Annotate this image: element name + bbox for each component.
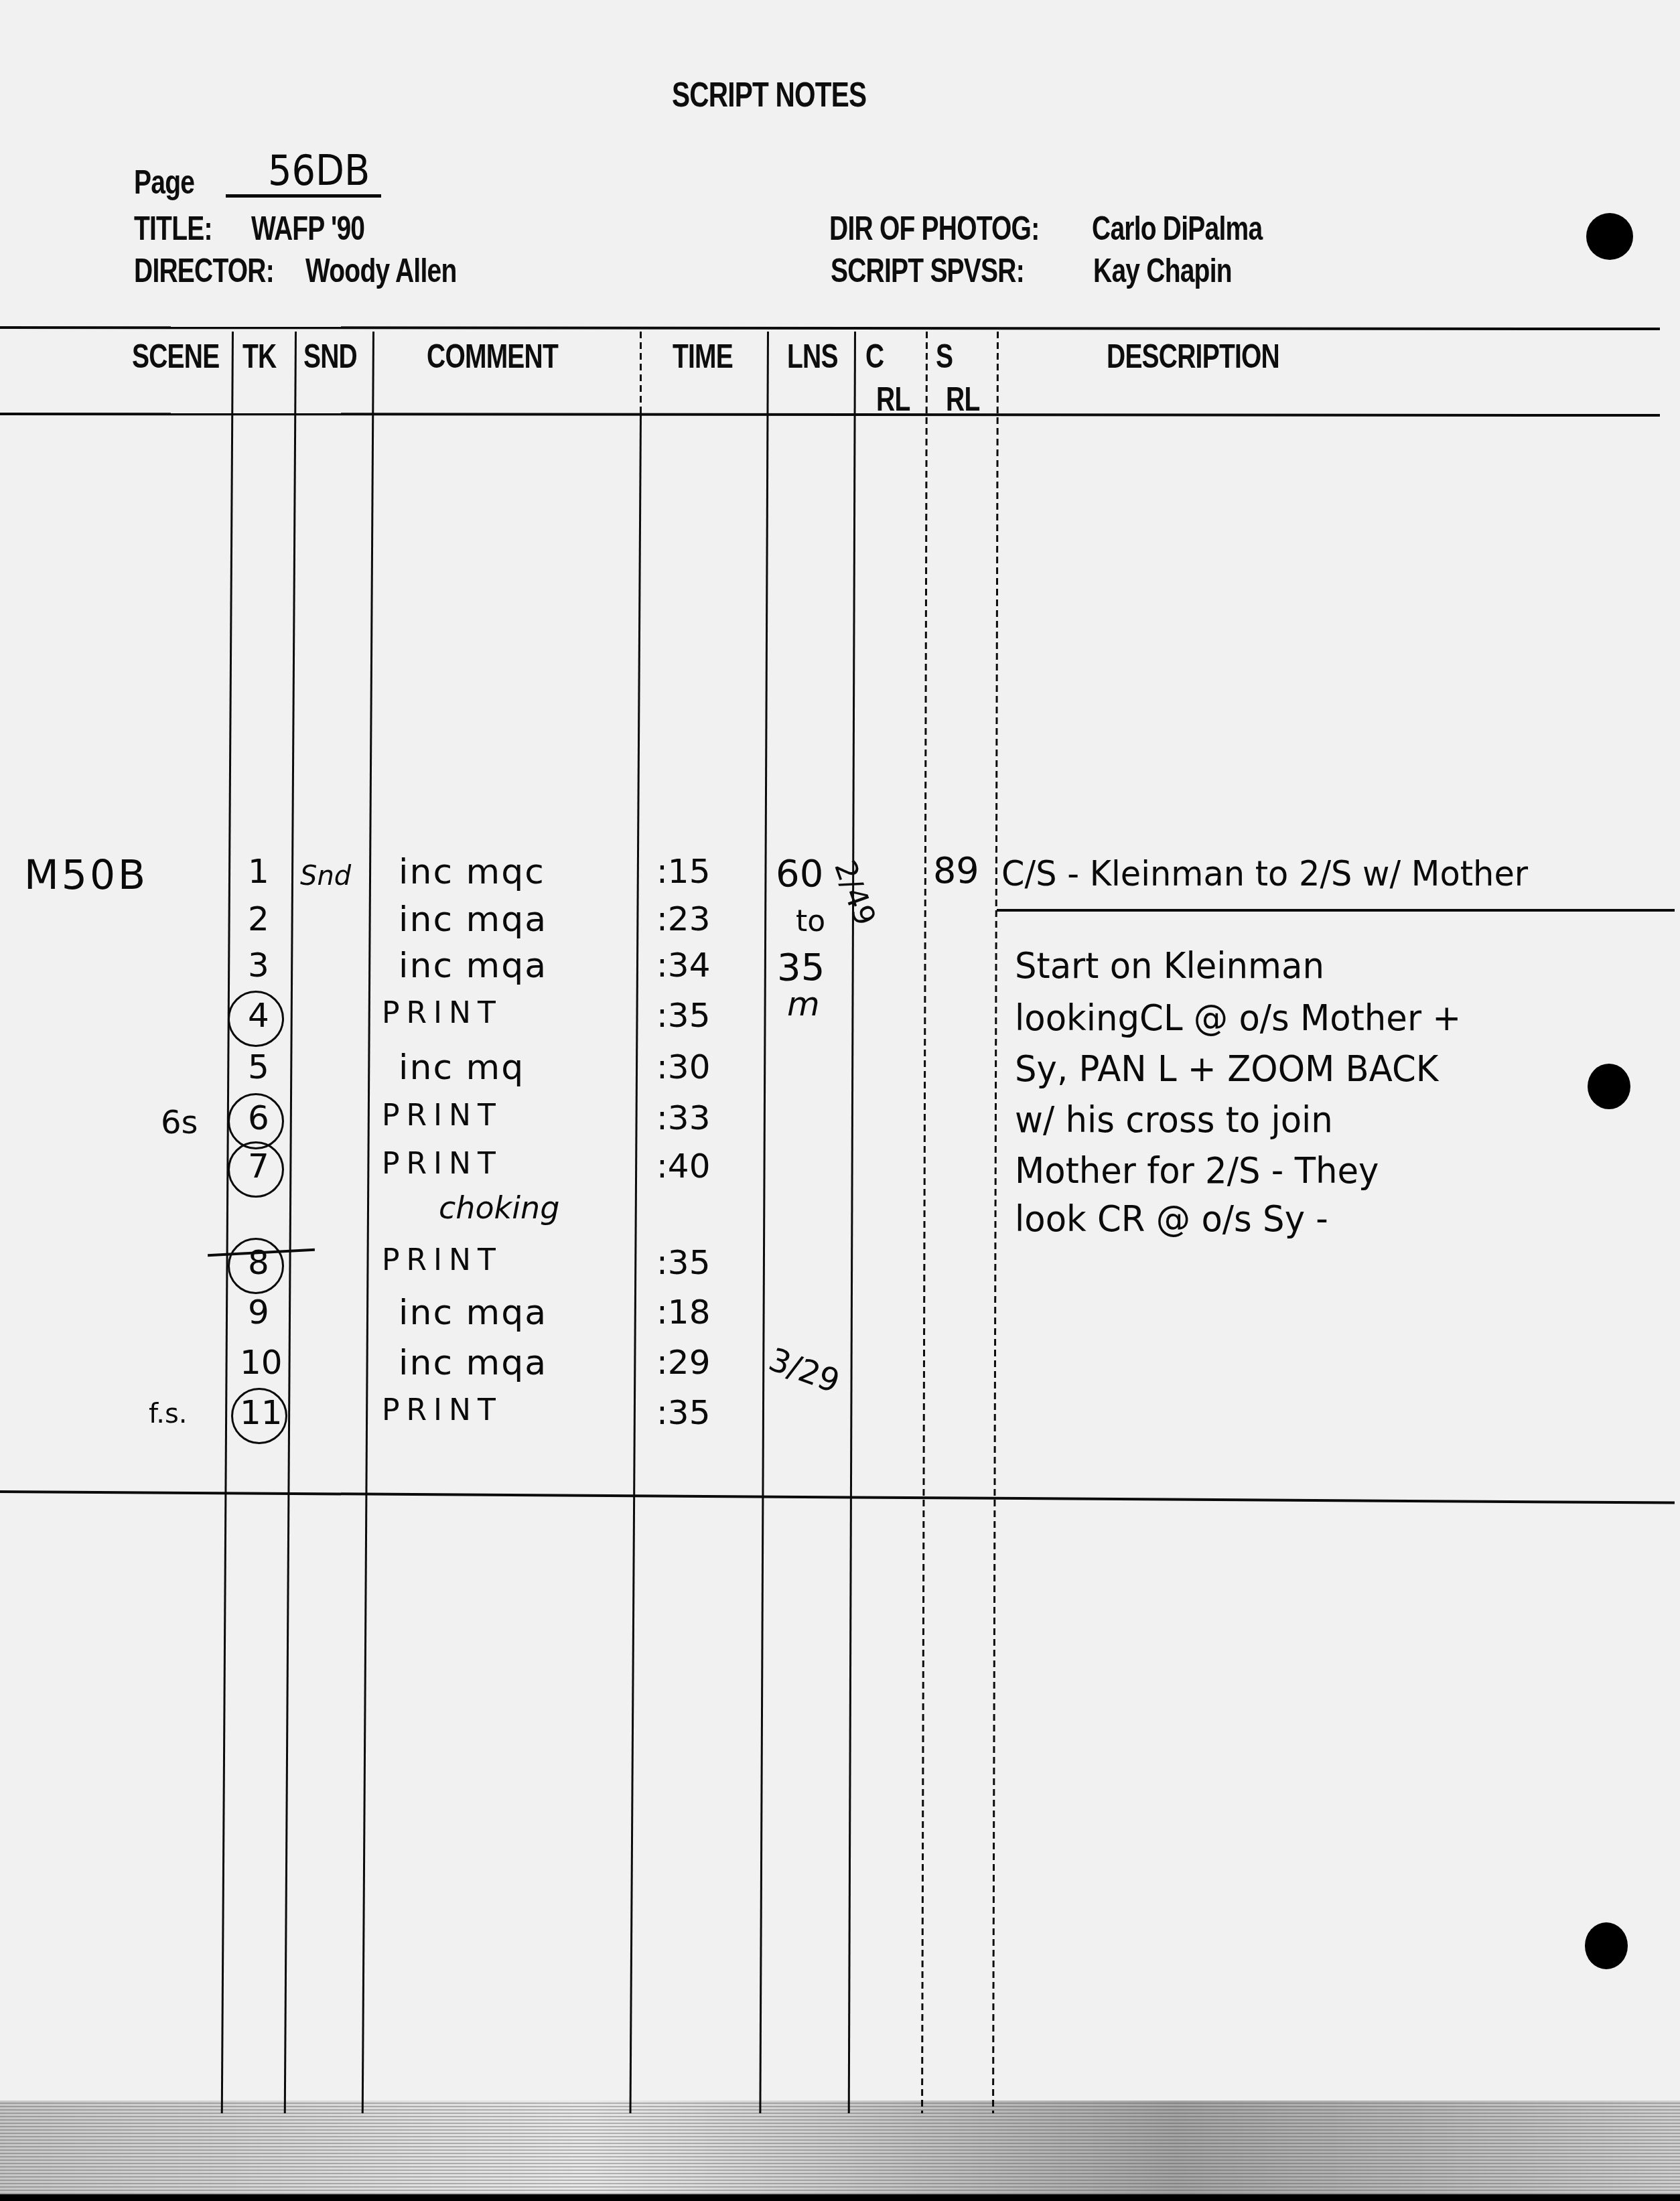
- col-header-scene: SCENE: [132, 337, 219, 376]
- col-divider-snd-comment: [362, 332, 374, 2113]
- col-divider-scene-tk: [221, 332, 234, 2113]
- supervisor-label: SCRIPT SPVSR:: [831, 251, 1024, 290]
- supervisor-value: Kay Chapin: [1093, 251, 1232, 290]
- col-divider-s-description: [992, 332, 999, 2113]
- col-divider-tk-snd: [284, 332, 297, 2113]
- col-divider-lns-c: [848, 332, 856, 2113]
- page-label: Page: [134, 163, 194, 202]
- dop-label: DIR OF PHOTOG:: [829, 209, 1039, 248]
- table-section-rule: [0, 1490, 1675, 1504]
- lns-unit: m: [787, 985, 820, 1023]
- take-comment: PRINT: [382, 1147, 502, 1181]
- take-time: :15: [656, 852, 710, 891]
- print-circle-mark: [228, 1141, 284, 1198]
- col-header-tk: TK: [242, 337, 276, 376]
- lns-later-value: 3/29: [764, 1341, 844, 1401]
- description-line: look CR @ o/s Sy -: [1015, 1198, 1328, 1240]
- take-comment: inc mqa: [399, 946, 547, 986]
- take-time: :30: [656, 1048, 710, 1086]
- lns-end: 35: [777, 946, 825, 989]
- take-comment: PRINT: [382, 1393, 502, 1427]
- punch-hole-middle: [1588, 1064, 1630, 1109]
- take-note: 6s: [161, 1104, 198, 1141]
- description-line: Start on Kleinman: [1015, 944, 1324, 987]
- take-number: 10: [240, 1343, 283, 1382]
- punch-hole-top: [1586, 213, 1633, 260]
- take-time: :34: [656, 946, 710, 985]
- table-header-rule: [0, 413, 1660, 417]
- print-circle-mark: [231, 1388, 287, 1444]
- take-time: :18: [656, 1293, 710, 1332]
- description-line: Sy, PAN L + ZOOM BACK: [1015, 1048, 1438, 1090]
- col-header-s-rl: RL: [946, 380, 979, 419]
- description-headline: C/S - Kleinman to 2/S w/ Mother: [1001, 854, 1528, 894]
- col-header-comment: COMMENT: [427, 337, 558, 376]
- take-time: :40: [656, 1147, 710, 1186]
- scene-id: M50B: [24, 852, 148, 899]
- take-number: 2: [248, 900, 269, 938]
- director-value: Woody Allen: [305, 251, 456, 290]
- page-number: 56DB: [268, 146, 370, 195]
- description-line: w/ his cross to join: [1015, 1098, 1333, 1141]
- take-comment: inc mq: [399, 1048, 524, 1088]
- col-header-c-rl: RL: [876, 380, 910, 419]
- col-header-s: S: [936, 337, 953, 376]
- take-comment: PRINT: [382, 1243, 502, 1277]
- take-comment-note: choking: [439, 1190, 559, 1226]
- take-time: :29: [656, 1343, 710, 1382]
- col-header-description: DESCRIPTION: [1107, 337, 1279, 376]
- take-number: 1: [248, 852, 269, 891]
- s-rl-value: 89: [933, 849, 979, 892]
- take-comment: inc mqa: [399, 900, 547, 940]
- col-header-lns: LNS: [787, 337, 838, 376]
- take-time: :35: [656, 996, 710, 1035]
- take-number: 3: [248, 946, 269, 985]
- take-time: :35: [656, 1393, 710, 1432]
- print-circle-mark: [228, 1238, 284, 1294]
- col-header-snd: SND: [303, 337, 357, 376]
- col-header-time: TIME: [673, 337, 733, 376]
- col-divider-comment-time: [630, 415, 642, 2113]
- c-rl-value: 2/49: [827, 856, 882, 930]
- title-label: TITLE:: [134, 209, 212, 248]
- col-header-c: C: [865, 337, 884, 376]
- take-comment: inc mqa: [399, 1343, 547, 1383]
- take-time: :23: [656, 900, 710, 938]
- take-note: f.s.: [149, 1399, 187, 1429]
- take-comment: inc mqc: [399, 852, 545, 892]
- take-number: 9: [248, 1293, 269, 1332]
- lns-to: to: [796, 904, 825, 938]
- director-label: DIRECTOR:: [134, 251, 274, 290]
- print-circle-mark: [228, 991, 284, 1047]
- take-comment: inc mqa: [399, 1293, 547, 1333]
- title-value: WAFP '90: [251, 209, 364, 248]
- document-title: SCRIPT NOTES: [672, 75, 866, 115]
- col-divider-time-lns: [759, 332, 769, 2113]
- script-notes-page: SCRIPT NOTES Page 56DB TITLE: WAFP '90 D…: [0, 0, 1680, 2201]
- table-top-rule: [0, 326, 1660, 330]
- take-comment: PRINT: [382, 996, 502, 1030]
- snd-value: Snd: [300, 861, 351, 892]
- scan-edge: [0, 2194, 1680, 2201]
- punch-hole-bottom: [1585, 1922, 1628, 1969]
- take-number: 5: [248, 1048, 269, 1086]
- description-line: Mother for 2/S - They: [1015, 1149, 1379, 1192]
- col-divider-comment-time-dash: [640, 332, 642, 419]
- take-time: :33: [656, 1098, 710, 1137]
- scan-noise: [0, 2101, 1680, 2201]
- lns-start: 60: [776, 852, 823, 896]
- take-comment: PRINT: [382, 1098, 502, 1133]
- description-headline-underline: [997, 909, 1675, 912]
- col-divider-c-s: [921, 332, 928, 2113]
- description-line: lookingCL @ o/s Mother +: [1015, 997, 1461, 1039]
- dop-value: Carlo DiPalma: [1092, 209, 1262, 248]
- take-time: :35: [656, 1243, 710, 1282]
